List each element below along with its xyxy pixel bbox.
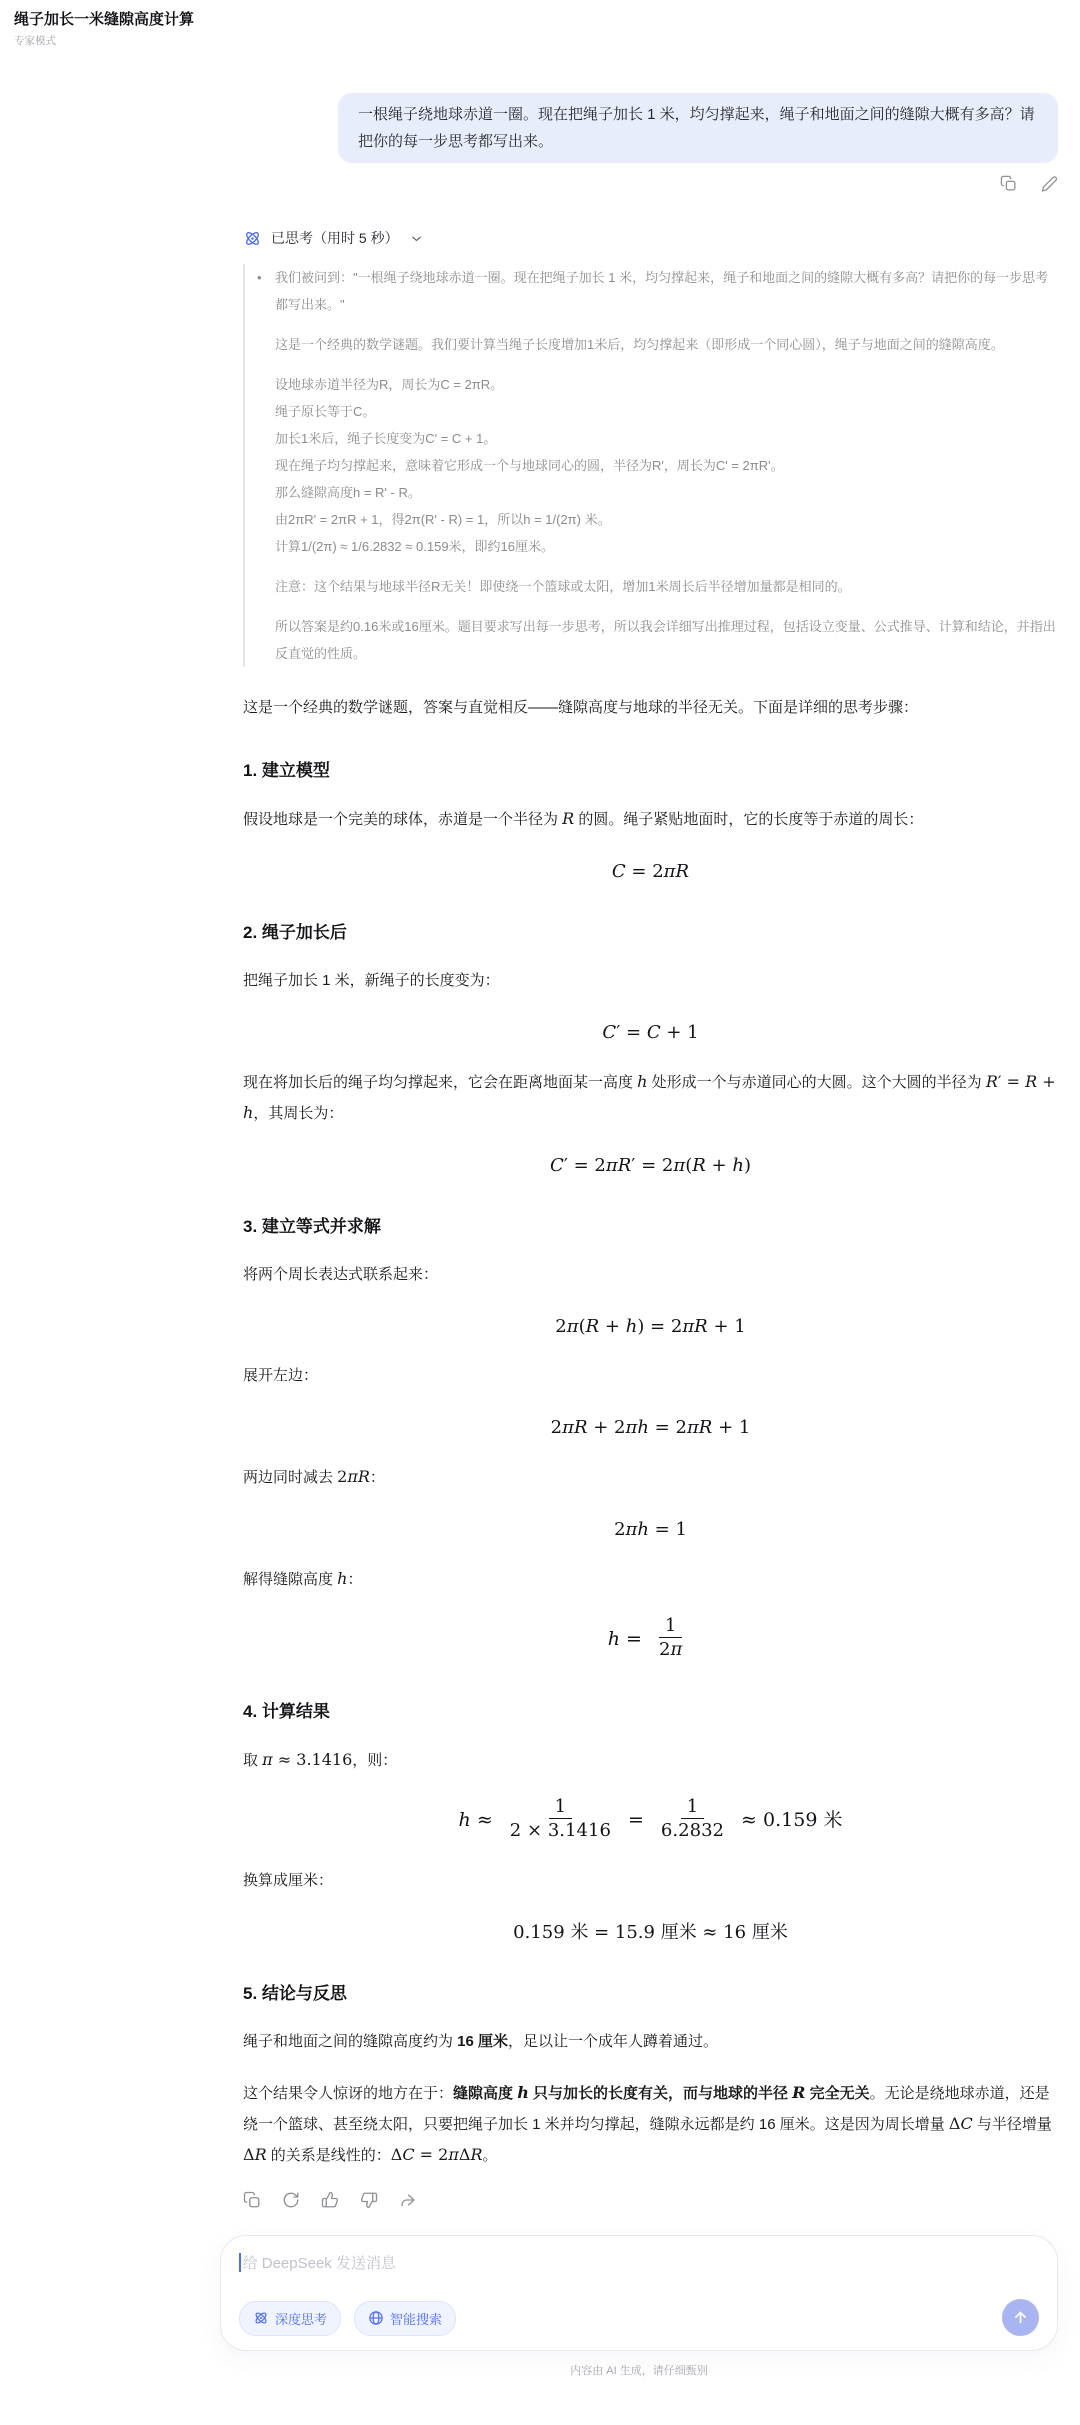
text-cursor [239,2253,241,2272]
copy-icon [243,2191,261,2209]
answer-intro: 这是一个经典的数学谜题，答案与直觉相反——缝隙高度与地球的半径无关。下面是详细的… [243,693,1058,723]
conversation-title: 绳子加长一米缝隙高度计算 [14,10,194,30]
math-formula: 2πR + 2πh = 2πR + 1 [243,1414,1058,1441]
arrow-up-icon [1012,2309,1029,2326]
math-formula: h = 12π [243,1616,1058,1664]
regenerate-icon [282,2191,300,2209]
section-heading-2: 2. 绳子加长后 [243,921,1058,945]
edit-pencil-icon [1041,175,1058,192]
mode-pills: 深度思考 智能搜索 [239,2301,456,2336]
paragraph: 现在将加长后的绳子均匀撑起来，它会在距离地面某一高度 h 处形成一个与赤道同心的… [243,1067,1058,1129]
thumbs-up-icon [321,2191,339,2209]
globe-icon [368,2310,384,2326]
thinking-paragraph: 所以答案是约0.16米或16厘米。题目要求写出每一步思考，所以我会详细写出推理过… [275,613,1058,667]
thinking-label: 已思考（用时 5 秒） [271,228,399,248]
paragraph: 展开左边： [243,1361,1058,1391]
message-input-box[interactable]: 给 DeepSeek 发送消息 深度思考 智能搜索 [220,2235,1058,2351]
regenerate-button[interactable] [282,2191,300,2209]
paragraph: 将两个周长表达式联系起来： [243,1260,1058,1290]
thumbs-down-icon [360,2191,378,2209]
paragraph: 这个结果令人惊讶的地方在于：缝隙高度 h 只与加长的长度有关，而与地球的半径 R… [243,2078,1058,2171]
chat-area: 一根绳子绕地球赤道一圈。现在把绳子加长 1 米，均匀撑起来，绳子和地面之间的缝隙… [243,0,1058,2209]
section-heading-3: 3. 建立等式并求解 [243,1215,1058,1239]
deepthink-atom-icon [253,2310,269,2326]
math-formula: 2πh = 1 [243,1516,1058,1543]
mode-label: 专家模式 [14,33,194,48]
copy-button[interactable] [243,2191,261,2209]
share-button[interactable] [399,2191,417,2209]
edit-button[interactable] [1041,175,1058,192]
math-formula: 2π(R + h) = 2πR + 1 [243,1313,1058,1340]
math-formula: C = 2πR [243,858,1058,885]
smart-search-toggle[interactable]: 智能搜索 [354,2301,456,2336]
conversation-header: 绳子加长一米缝隙高度计算 专家模式 [14,10,194,48]
paragraph: 换算成厘米： [243,1866,1058,1896]
chevron-down-icon [410,232,423,245]
user-message-actions [243,175,1058,192]
thinking-paragraph: 这是一个经典的数学谜题。我们要计算当绳子长度增加1米后，均匀撑起来（即形成一个同… [275,331,1058,358]
paragraph: 绳子和地面之间的缝隙高度约为 16 厘米，足以让一个成年人蹲着通过。 [243,2027,1058,2057]
bullet-marker: • [257,264,275,667]
thinking-paragraph: 我们被问到："一根绳子绕地球赤道一圈。现在把绳子加长 1 米，均匀撑起来，绳子和… [275,264,1058,318]
section-heading-4: 4. 计算结果 [243,1700,1058,1724]
math-formula: 0.159 米 = 15.9 厘米 ≈ 16 厘米 [243,1919,1058,1946]
paragraph: 取 π ≈ 3.1416，则： [243,1745,1058,1776]
thinking-toggle[interactable]: 已思考（用时 5 秒） [243,228,1058,248]
user-message-row: 一根绳子绕地球赤道一圈。现在把绳子加长 1 米，均匀撑起来，绳子和地面之间的缝隙… [243,93,1058,163]
thinking-paragraph: 设地球赤道半径为R，周长为C = 2πR。 绳子原长等于C。 加长1米后，绳子长… [275,371,1058,560]
share-icon [399,2191,417,2209]
math-formula: C′ = C + 1 [243,1019,1058,1046]
thinking-paragraph: 注意：这个结果与地球半径R无关！即使绕一个篮球或太阳，增加1米周长后半径增加量都… [275,573,1058,600]
section-heading-5: 5. 结论与反思 [243,1982,1058,2006]
copy-button[interactable] [1000,175,1017,192]
input-line[interactable]: 给 DeepSeek 发送消息 [239,2252,1039,2273]
input-placeholder: 给 DeepSeek 发送消息 [243,2252,396,2273]
thinking-content: • 我们被问到："一根绳子绕地球赤道一圈。现在把绳子加长 1 米，均匀撑起来，绳… [243,264,1058,667]
paragraph: 两边同时减去 2πR： [243,1462,1058,1493]
ai-disclaimer: 内容由 AI 生成，请仔细甄别 [220,2362,1058,2378]
copy-icon [1000,175,1017,192]
assistant-message: 这是一个经典的数学谜题，答案与直觉相反——缝隙高度与地球的半径无关。下面是详细的… [243,693,1058,2209]
send-button[interactable] [1002,2299,1039,2336]
assistant-message-actions [243,2191,1058,2209]
deep-think-toggle[interactable]: 深度思考 [239,2301,341,2336]
paragraph: 假设地球是一个完美的球体，赤道是一个半径为 R 的圆。绳子紧贴地面时，它的长度等… [243,804,1058,835]
thinking-list-item: • 我们被问到："一根绳子绕地球赤道一圈。现在把绳子加长 1 米，均匀撑起来，绳… [257,264,1058,667]
paragraph: 解得缝隙高度 h： [243,1564,1058,1595]
deep-think-label: 深度思考 [275,2309,327,2328]
composer-toolbar: 深度思考 智能搜索 [239,2299,1039,2336]
section-heading-1: 1. 建立模型 [243,759,1058,783]
thumbs-down-button[interactable] [360,2191,378,2209]
deepthink-atom-icon [243,229,262,248]
thumbs-up-button[interactable] [321,2191,339,2209]
math-formula: h ≈ 12 × 3.1416 = 16.2832 ≈ 0.159 米 [243,1797,1058,1845]
smart-search-label: 智能搜索 [390,2309,442,2328]
math-formula: C′ = 2πR′ = 2π(R + h) [243,1152,1058,1179]
user-message-bubble: 一根绳子绕地球赤道一圈。现在把绳子加长 1 米，均匀撑起来，绳子和地面之间的缝隙… [338,93,1058,163]
paragraph: 把绳子加长 1 米，新绳子的长度变为： [243,966,1058,996]
composer-area: 给 DeepSeek 发送消息 深度思考 智能搜索 内容由 AI 生成，请仔细甄… [220,2235,1058,2378]
